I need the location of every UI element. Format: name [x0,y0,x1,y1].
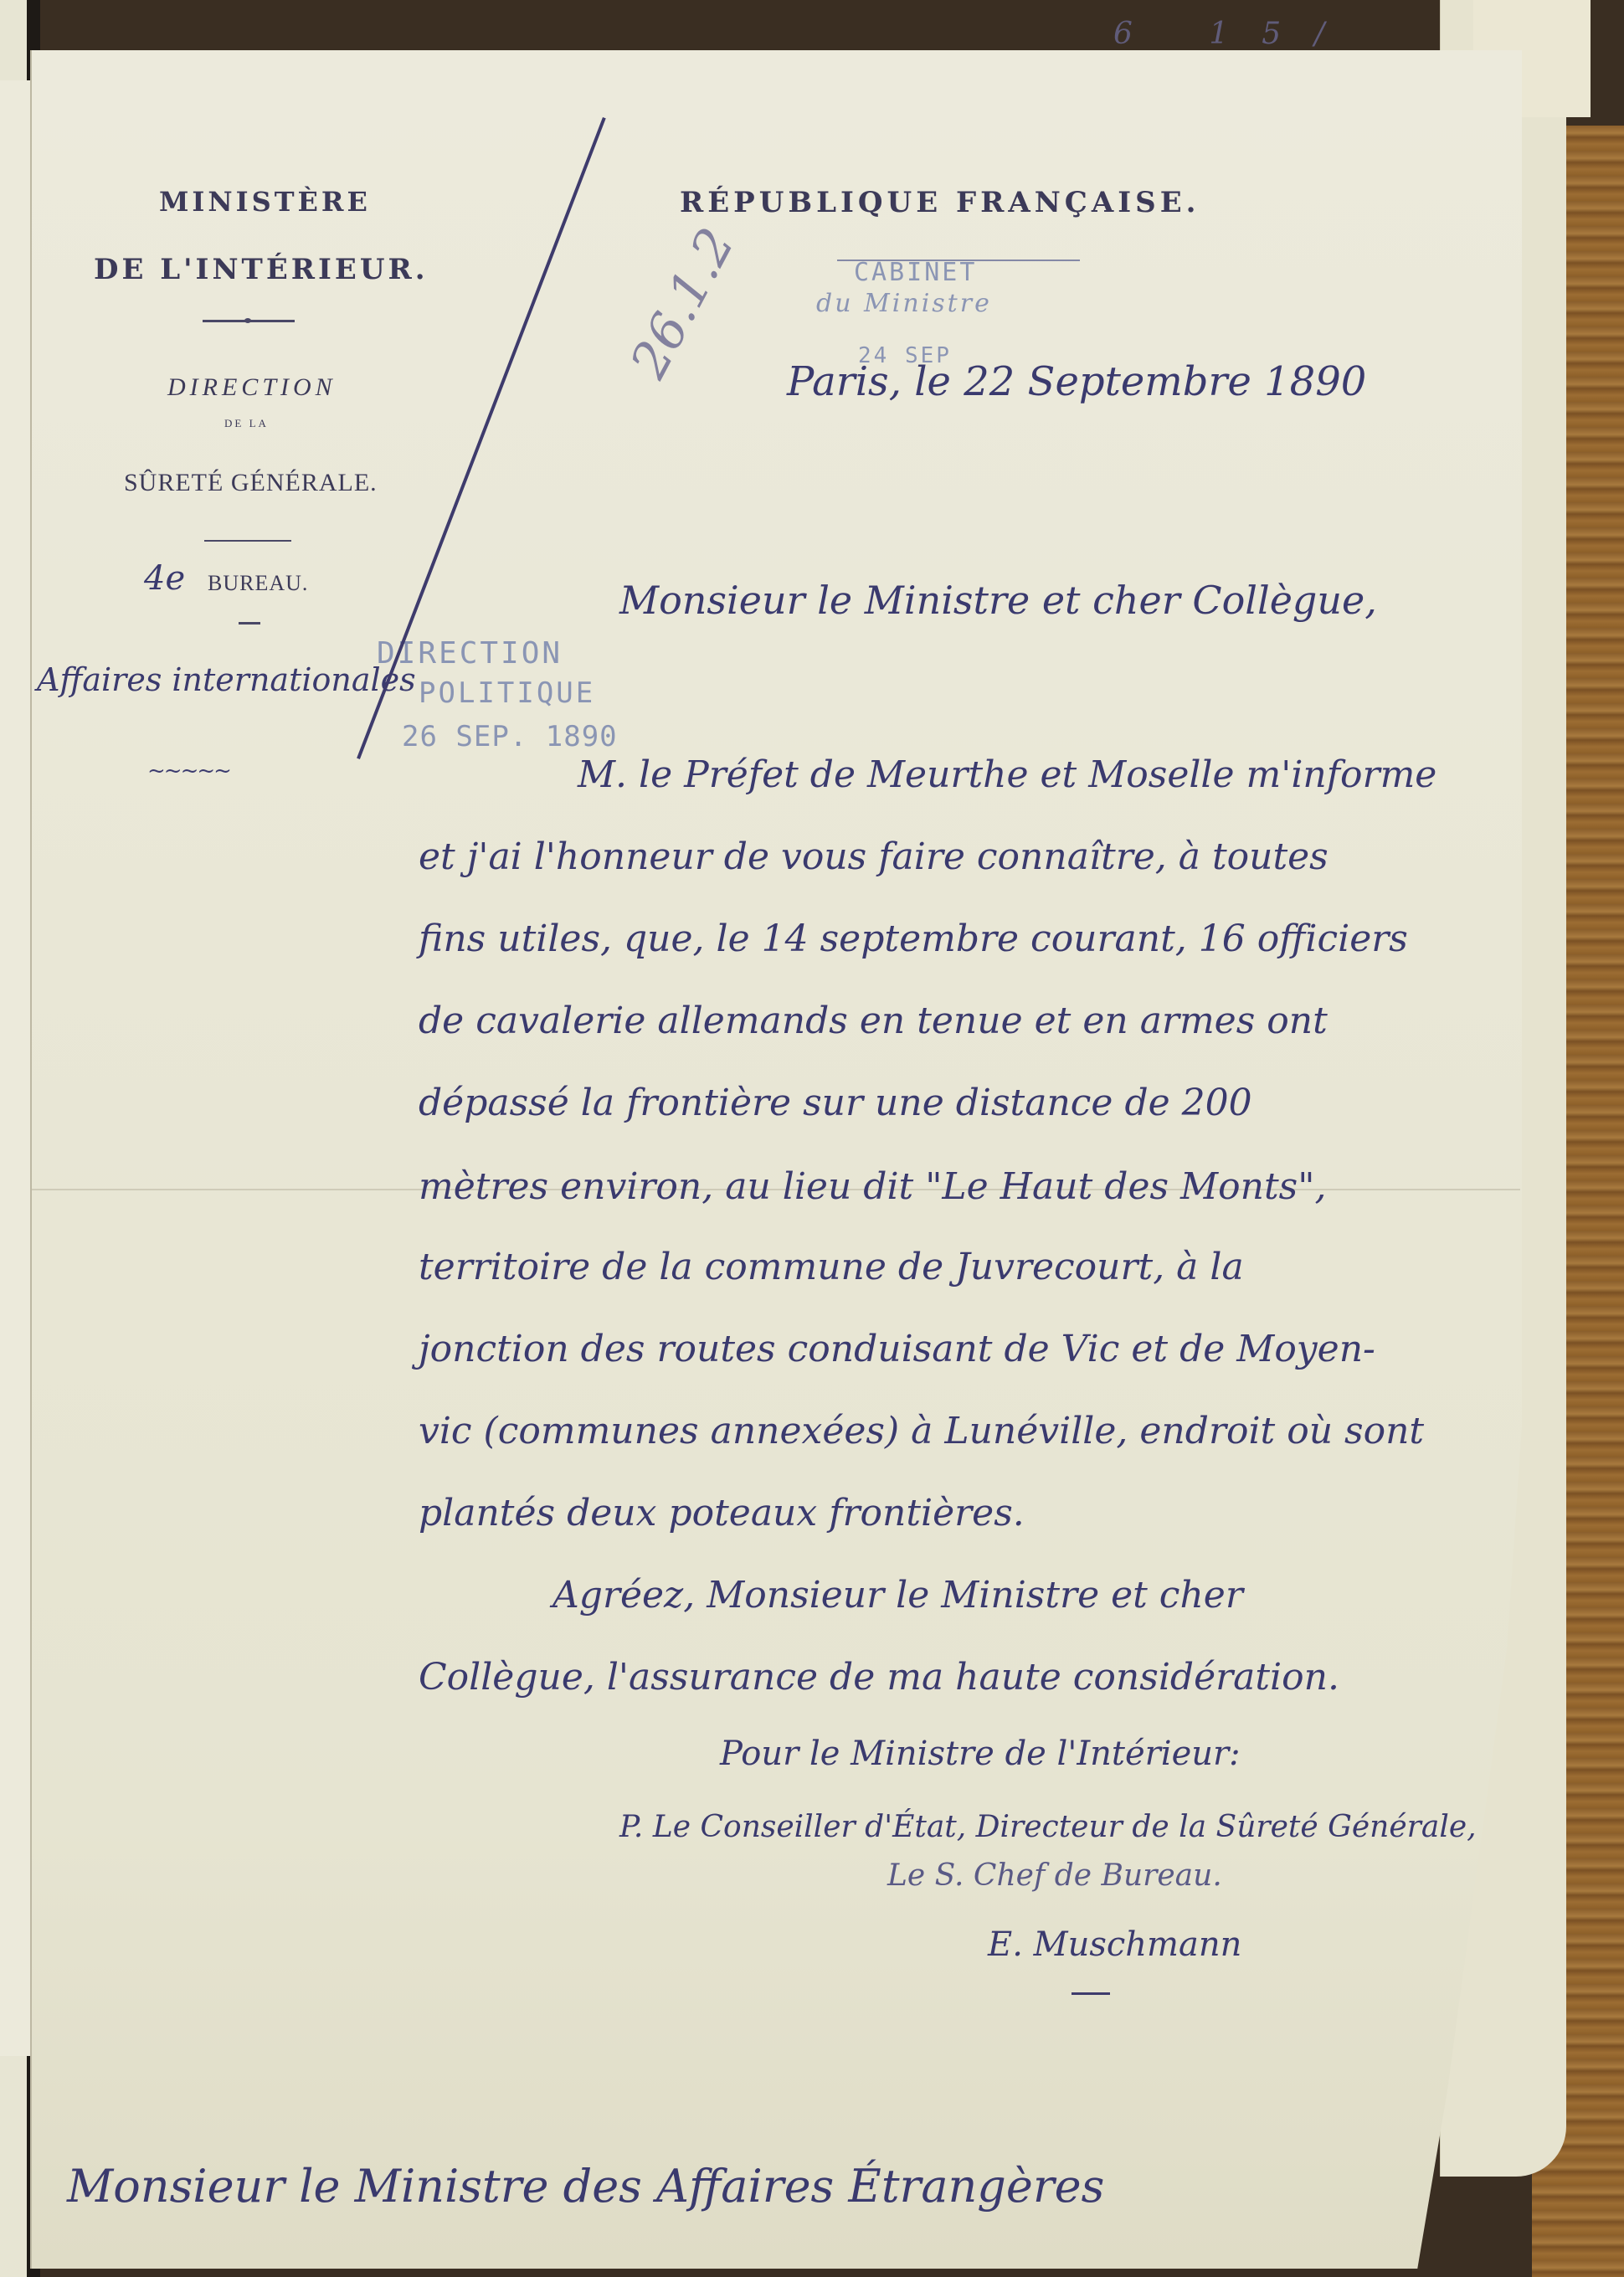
section-affaires-internationales: Affaires internationales [37,661,416,698]
stamp-cabinet-line2: du Ministre [816,289,992,318]
signature-line3: Le S. Chef de Bureau. [887,1858,1222,1893]
body-line: et j'ai l'honneur de vous faire connaîtr… [419,835,1328,878]
ministry-line2: DE L'INTÉRIEUR. [94,253,429,286]
stamp-cabinet-line1: CABINET [854,258,977,287]
body-line: fins utiles, que, le 14 septembre couran… [419,917,1408,960]
addressee: Monsieur le Ministre des Affaires Étrang… [67,2160,1104,2213]
closing-line: Collègue, l'assurance de ma haute consid… [419,1656,1339,1699]
closing-line: Agréez, Monsieur le Ministre et cher [552,1574,1243,1617]
signature-line2: P. Le Conseiller d'État, Directeur de la… [619,1810,1477,1844]
body-line: de cavalerie allemands en tenue et en ar… [419,1000,1328,1042]
surete-generale-label: SÛRETÉ GÉNÉRALE. [124,469,378,497]
short-rule [239,622,260,625]
corner-marks: 6 15/ [1113,17,1358,51]
signature-line1: Pour le Ministre de l'Intérieur: [720,1735,1241,1773]
body-line: mètres environ, au lieu dit "Le Haut des… [419,1165,1326,1208]
ornament-dot [244,318,251,323]
stamp-direction-line2: POLITIQUE [419,676,595,710]
body-line: jonction des routes conduisant de Vic et… [419,1328,1375,1370]
body-line: dépassé la frontière sur une distance de… [419,1082,1252,1124]
stamp-direction-date: 26 SEP. 1890 [402,720,618,753]
body-line: M. le Préfet de Meurthe et Moselle m'inf… [578,753,1436,796]
direction-label: DIRECTION [167,373,337,402]
body-line: plantés deux poteaux frontières. [419,1492,1025,1534]
ministry-line1: MINISTÈRE [159,186,371,218]
signature: E. Muschmann [988,1925,1241,1964]
body-line: vic (communes annexées) à Lunéville, end… [419,1410,1424,1452]
republique-francaise-header: RÉPUBLIQUE FRANÇAISE. [680,186,1200,219]
bureau-label: BUREAU. [208,571,308,596]
dateline: Paris, le 22 Septembre 1890 [787,358,1366,405]
bureau-number: 4e [144,559,185,598]
flourish: ~~~~~ [147,758,230,784]
salutation: Monsieur le Ministre et cher Collègue, [619,578,1377,623]
underlying-sheet-left-fold [0,80,32,2056]
body-line: territoire de la commune de Juvrecourt, … [419,1246,1244,1288]
de-la-label: DE LA [224,417,269,430]
signature-underline [1072,1992,1110,1995]
ornament-rule-2 [204,540,291,542]
